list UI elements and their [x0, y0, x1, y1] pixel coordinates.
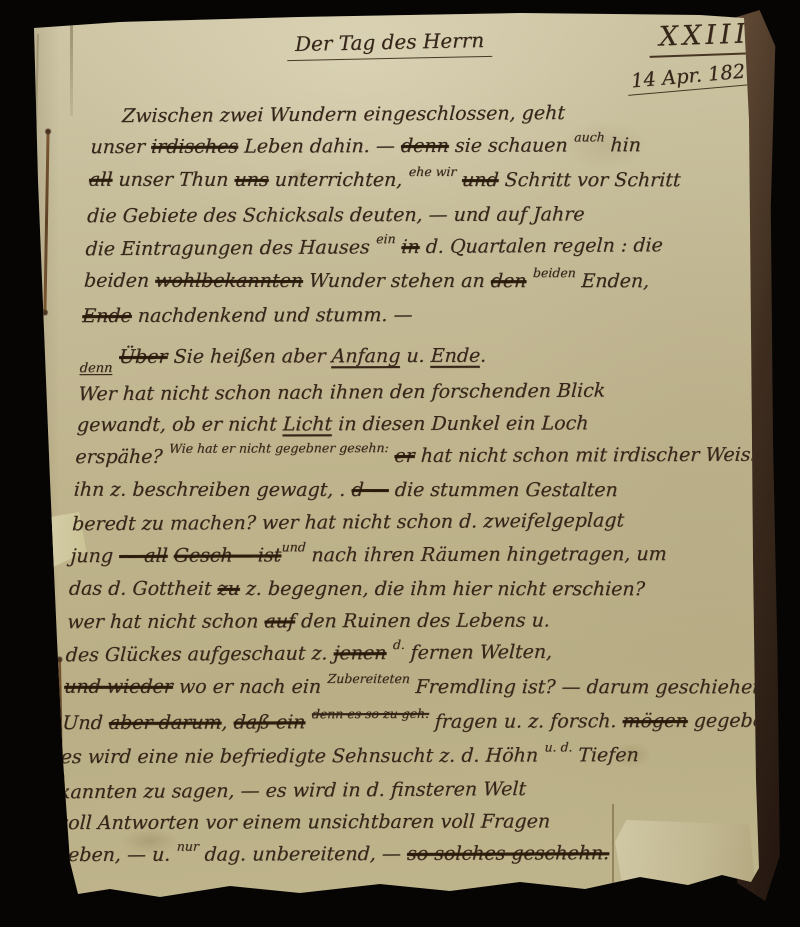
manuscript-line: geben, — u. nur dag. unbereitend, — so s… [55, 837, 709, 873]
handwritten-segment: geben, — u. [55, 844, 177, 866]
handwritten-segment: Wunder stehen an [302, 270, 491, 292]
handwritten-segment: aber darum [108, 711, 222, 733]
handwritten-segment: ehe wir [408, 164, 456, 179]
handwritten-segment: — all [119, 544, 169, 566]
handwritten-segment: beiden [533, 265, 577, 280]
handwritten-segment: nur [176, 839, 199, 854]
handwritten-segment: und [461, 169, 499, 191]
handwritten-segment: z. begegnen, die ihm hier nicht erschien… [239, 578, 645, 600]
manuscript-page: Der Tag des Herrn XXIII 14 Apr. 1821 1 Z… [0, 0, 800, 927]
handwritten-segment: Über [119, 346, 169, 368]
handwritten-segment: Ende [430, 345, 481, 367]
handwritten-segment: unser [90, 136, 152, 158]
manuscript-line: es wird eine nie befriedigte Sehnsucht z… [60, 739, 714, 775]
manuscript-photo: Der Tag des Herrn XXIII 14 Apr. 1821 1 Z… [0, 0, 800, 927]
body-text: Zwischen zwei Wundern eingeschlossen, ge… [55, 97, 745, 874]
handwritten-segment [526, 270, 533, 292]
manuscript-line: jung — all Gesch— istund nach ihren Räum… [70, 538, 724, 574]
handwritten-segment: jung [70, 545, 120, 567]
manuscript-line: Wer hat nicht schon nach ihnen den forsc… [78, 373, 732, 410]
manuscript-line: das d. Gottheit zu z. begegnen, die ihm … [68, 573, 722, 606]
manuscript-line: und wieder wo er nach ein Zubereiteten F… [63, 671, 717, 706]
handwritten-segment: zu [217, 578, 240, 600]
handwritten-segment: Licht [282, 413, 332, 435]
handwritten-segment: er [394, 445, 415, 467]
manuscript-line: Und aber darum, daß ein denn es so zu ge… [61, 705, 715, 741]
handwritten-segment: wo er nach ein [172, 676, 327, 698]
binding-stitch [43, 132, 49, 312]
handwritten-segment: gewandt, ob er nicht [76, 413, 283, 436]
handwritten-segment: dag. unbereitend, — [198, 843, 408, 866]
manuscript-line: unser irdisches Leben dahin. — denn sie … [90, 129, 744, 165]
handwritten-segment: und [281, 539, 306, 554]
manuscript-line: wer hat nicht schon auf den Ruinen des L… [67, 604, 721, 638]
manuscript-line: Ende nachdenkend und stumm. — [81, 298, 735, 332]
handwritten-segment: in diesen Dunkel ein Loch [332, 412, 589, 435]
handwritten-segment: des Glückes aufgeschaut z. [65, 643, 334, 667]
handwritten-segment: wer hat nicht schon [67, 610, 265, 633]
handwritten-segment [386, 642, 393, 664]
handwritten-segment: gegeben, — [687, 709, 800, 731]
fold-crease [19, 34, 39, 874]
handwritten-segment: kannten zu sagen, — es wird in d. finste… [58, 778, 526, 803]
manuscript-line: Zwischen zwei Wundern eingeschlossen, ge… [121, 96, 745, 133]
handwritten-segment: beiden [83, 270, 155, 292]
handwritten-segment: die Eintragungen des Hauses [85, 236, 376, 260]
manuscript-line: erspähe? Wie hat er nicht gegebner geseh… [74, 439, 728, 475]
handwritten-segment: d — [351, 479, 389, 501]
chapter-numeral: XXIII [648, 18, 760, 58]
handwritten-segment: Schritt vor Schritt [498, 169, 681, 191]
handwritten-segment: Wie hat er nicht gegebner gesehn: [169, 440, 389, 456]
handwritten-segment: hat nicht schon mit irdischer Weisheit [414, 444, 788, 467]
handwritten-segment: Tiefen [572, 744, 640, 766]
handwritten-segment: u. d. [544, 739, 573, 754]
handwritten-segment: . [480, 345, 487, 367]
handwritten-segment: sie schauen [448, 135, 574, 157]
handwritten-segment: denn [400, 135, 449, 157]
handwritten-segment: denn es so zu geh. [312, 706, 430, 721]
handwritten-segment: jenen [333, 642, 387, 664]
handwritten-segment: auf [264, 610, 296, 632]
fold-crease [70, 20, 73, 116]
handwritten-segment: daß ein [233, 711, 306, 733]
handwritten-segment: den Ruinen des Lebens u. [295, 609, 551, 632]
handwritten-segment: es wird eine nie befriedigte Sehnsucht z… [60, 744, 545, 768]
handwritten-segment: Gesch— ist [173, 544, 282, 566]
handwritten-segment: all [88, 169, 113, 191]
manuscript-line: gewandt, ob er nicht Licht in diesen Dun… [76, 407, 730, 441]
manuscript-line: denn Über Sie heißen aber Anfang u. Ende… [79, 339, 733, 376]
handwritten-segment: ein [376, 231, 396, 246]
handwritten-segment: das d. Gottheit [68, 578, 218, 600]
handwritten-segment: fernen Welten, [404, 641, 553, 664]
handwritten-segment: unterrichten, [268, 169, 409, 191]
handwritten-segment: erspähe? [75, 446, 169, 468]
handwritten-segment: Zubereiteten [327, 671, 410, 686]
handwritten-segment: irdisches [151, 136, 239, 158]
handwritten-segment: mögen [622, 710, 688, 732]
handwritten-segment: Leben dahin. — [238, 135, 402, 158]
handwritten-segment: den [490, 270, 527, 292]
handwritten-segment: beredt zu machen? wer hat nicht schon d.… [72, 510, 625, 536]
handwritten-segment: Anfang [331, 345, 401, 367]
handwritten-segment: die Gebiete des Schicksals deuten, — und… [87, 203, 585, 227]
handwritten-segment: Ende [82, 305, 133, 327]
manuscript-line: ihn z. beschreiben gewagt, . d — die stu… [73, 474, 727, 507]
manuscript-line: die Eintragungen des Hauses ein in d. Qu… [85, 229, 739, 268]
handwritten-segment: uns [234, 169, 269, 191]
handwritten-segment: fragen u. z. forsch. [428, 710, 623, 733]
page-title: Der Tag des Herrn [287, 28, 493, 61]
manuscript-line: die Gebiete des Schicksals deuten, — und… [86, 197, 740, 231]
handwritten-segment: Fremdling ist? — darum geschiehet solche… [409, 676, 800, 698]
handwritten-segment: nach ihren Räumen hingetragen, um [305, 543, 667, 566]
handwritten-segment: denn [79, 361, 113, 376]
handwritten-segment: und wieder [64, 676, 174, 698]
handwritten-segment: Wer hat nicht schon nach ihnen den forsc… [78, 379, 606, 405]
manuscript-line: des Glückes aufgeschaut z. jenen d. fern… [65, 635, 719, 674]
handwritten-segment: die stummen Gestalten [388, 479, 618, 501]
handwritten-segment: so solches geschehn. [406, 843, 609, 866]
handwritten-segment: voll Antworten vor einem unsichtbaren vo… [57, 811, 551, 835]
date-annotation: 14 Apr. 1821 [626, 58, 763, 96]
handwritten-segment: d. [393, 637, 406, 652]
handwritten-segment: Enden, [575, 270, 650, 292]
manuscript-line: voll Antworten vor einem unsichtbaren vo… [57, 805, 711, 839]
handwritten-segment: ihn z. beschreiben gewagt, . [73, 479, 352, 501]
handwritten-segment: d. Quartalen regeln : die [419, 234, 663, 258]
handwritten-segment: in [401, 236, 420, 258]
manuscript-line: beiden wohlbekannten Wunder stehen an de… [83, 265, 737, 300]
handwritten-segment: Zwischen zwei Wundern eingeschlossen, ge… [122, 102, 566, 127]
handwritten-segment: u. [400, 345, 431, 367]
handwritten-segment: wohlbekannten [155, 270, 304, 292]
handwritten-segment: auch [574, 130, 605, 145]
manuscript-line: all unser Thun uns unterrichten, ehe wir… [88, 164, 742, 199]
handwritten-segment: Sie heißen aber [167, 346, 332, 369]
handwritten-segment: unser Thun [112, 169, 235, 191]
manuscript-line: beredt zu machen? wer hat nicht schon d.… [71, 504, 725, 541]
handwritten-segment: nachdenkend und stumm. — [131, 304, 413, 327]
handwritten-segment: hin [604, 134, 642, 156]
handwritten-segment: Und [62, 712, 110, 734]
manuscript-line: kannten zu sagen, — es wird in d. finste… [58, 772, 712, 809]
